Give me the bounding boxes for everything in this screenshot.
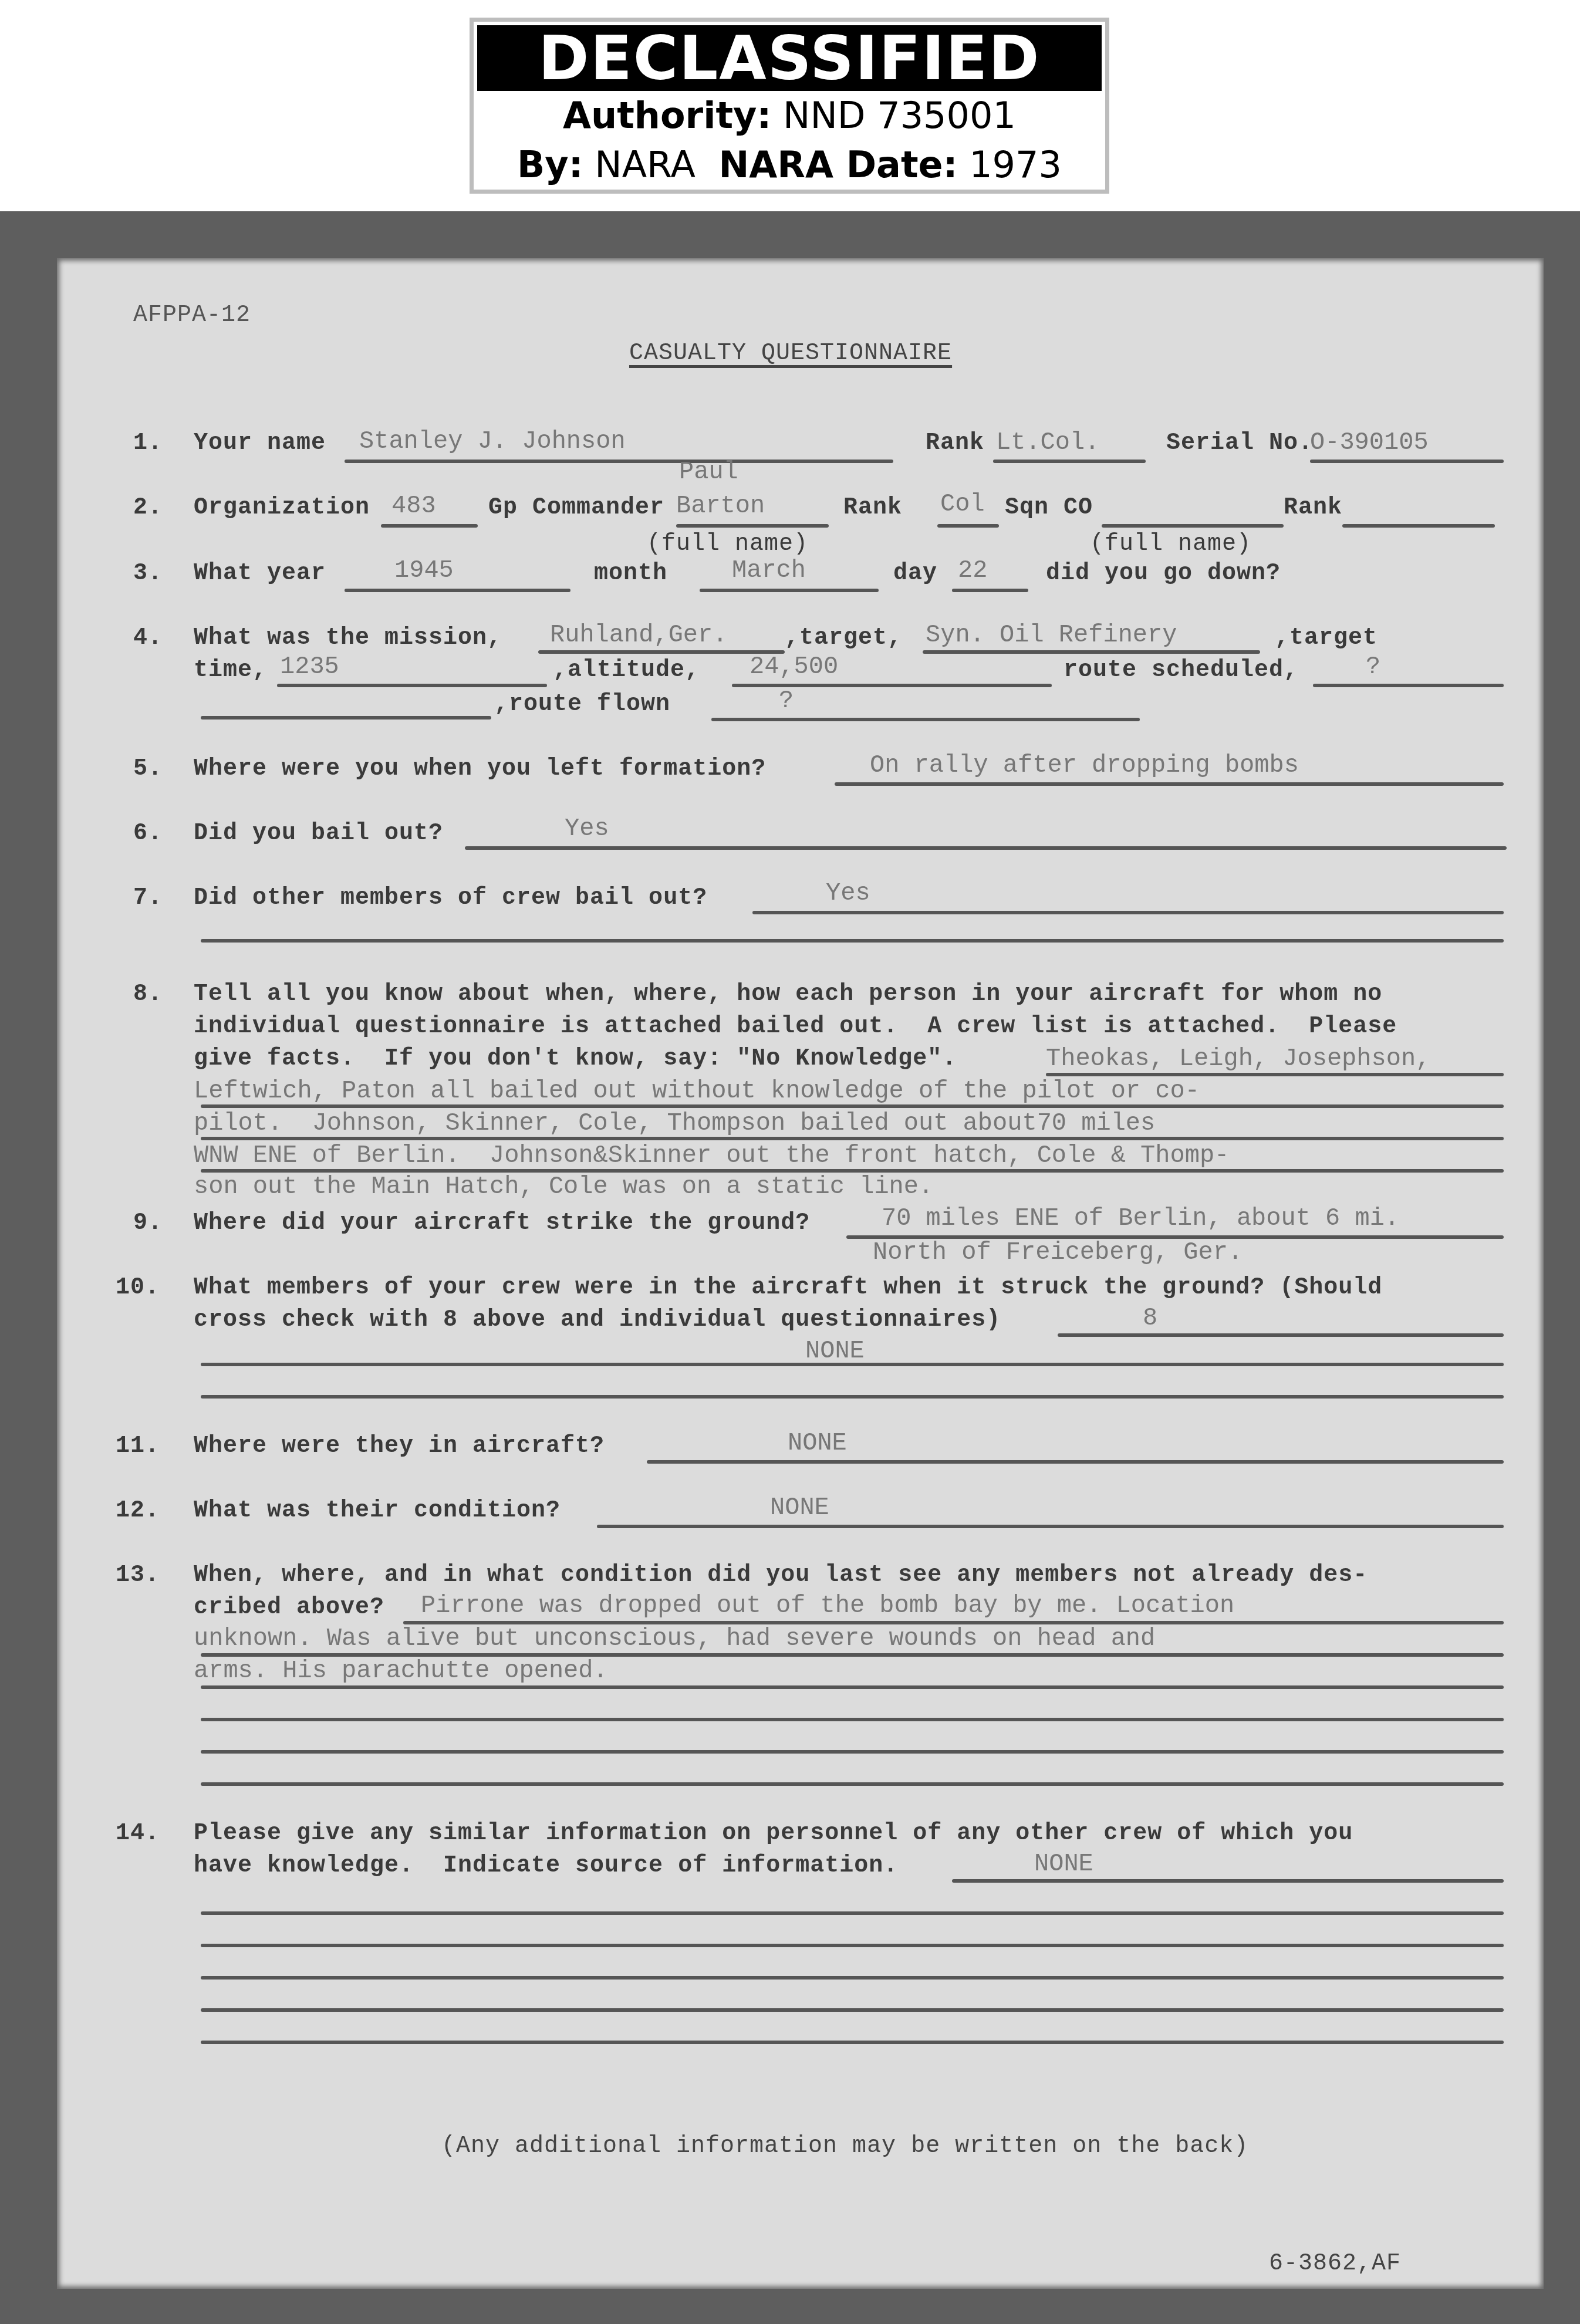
q1-serial-answer: O-390105 — [1310, 428, 1429, 457]
q13-line-4 — [201, 1718, 1504, 1721]
q2-gp-label: Gp Commander — [488, 495, 664, 521]
authority-value: NND 735001 — [783, 94, 1016, 137]
q14-line-4 — [201, 1976, 1504, 1980]
q9-answer-line-2: North of Freiceberg, Ger. — [873, 1238, 1243, 1266]
q7-line-2 — [201, 939, 1504, 943]
q4-mission-line — [538, 650, 785, 654]
q2-sqn-label: Sqn CO — [1005, 495, 1093, 521]
q2-rank-line — [937, 524, 999, 528]
q11-line — [647, 1460, 1504, 1464]
q4-route-sched-answer: ? — [1366, 653, 1380, 681]
q4-route-flown-line — [711, 718, 1140, 721]
q12-number: 12. — [116, 1498, 160, 1524]
q4-target-time-label: ,target — [1275, 625, 1378, 651]
q4-route-flown-answer: ? — [779, 687, 794, 715]
q4-altitude-answer: 24,500 — [750, 653, 838, 681]
q2-gp-hint: (full name) — [647, 531, 808, 558]
q8-label-line-2: individual questionnaire is attached bai… — [194, 1014, 1397, 1040]
q5-number: 5. — [133, 756, 163, 782]
q2-sqn-line[interactable] — [1102, 524, 1284, 528]
q4-target-label: ,target, — [785, 625, 902, 651]
q10-answer: NONE — [805, 1337, 865, 1365]
q4-mission-label: What was the mission, — [194, 625, 502, 651]
q11-answer: NONE — [788, 1429, 847, 1457]
q12-answer: NONE — [770, 1494, 829, 1522]
date-value: 1973 — [969, 143, 1062, 186]
q13-answer-line-3: arms. His parachutte opened. — [194, 1657, 608, 1685]
q8-label-line-1: Tell all you know about when, where, how… — [194, 981, 1382, 1008]
authority-label: Authority: — [563, 94, 771, 137]
q4-target-answer: Syn. Oil Refinery — [926, 621, 1177, 649]
q14-number: 14. — [116, 1820, 160, 1847]
q6-answer: Yes — [565, 815, 609, 843]
q3-number: 3. — [133, 560, 163, 587]
stamp-by-date: By: NARA NARA Date: 1973 — [474, 140, 1105, 190]
q4-time-label: time, — [194, 657, 267, 684]
q1-serial-line — [1310, 460, 1504, 463]
q10-line-1 — [1058, 1333, 1504, 1337]
questionnaire-page: AFPPA-12 CASUALTY QUESTIONNAIRE 1. Your … — [57, 258, 1544, 2289]
q14-label-line-1: Please give any similar information on p… — [194, 1820, 1353, 1847]
q5-answer: On rally after dropping bombs — [870, 751, 1299, 779]
q5-line — [835, 782, 1504, 786]
q4-altitude-label: ,altitude, — [553, 657, 700, 684]
form-title: CASUALTY QUESTIONNAIRE — [629, 340, 952, 367]
q2-rank2-line[interactable] — [1342, 524, 1495, 528]
q10-label-line-1: What members of your crew were in the ai… — [194, 1275, 1382, 1301]
q10-line-3 — [201, 1395, 1504, 1399]
q4-time-answer: 1235 — [280, 653, 339, 681]
q14-answer: NONE — [1034, 1850, 1093, 1878]
q2-rank-label: Rank — [843, 495, 902, 521]
q4-mission-answer: Ruhland,Ger. — [550, 621, 727, 649]
q6-line — [465, 846, 1507, 850]
q13-number: 13. — [116, 1562, 160, 1589]
form-code: AFPPA-12 — [133, 302, 251, 329]
stamp-authority: Authority: NND 735001 — [474, 91, 1105, 140]
q1-rank-answer: Lt.Col. — [996, 428, 1099, 457]
q8-answer-line-1: Theokas, Leigh, Josephson, — [1046, 1045, 1430, 1073]
q13-answer-line-2: unknown. Was alive but unconscious, had … — [194, 1624, 1155, 1653]
q13-label-line-1: When, where, and in what condition did y… — [194, 1562, 1368, 1589]
q1-serial-label: Serial No. — [1166, 430, 1313, 457]
q2-rank2-label: Rank — [1284, 495, 1342, 521]
q3-day-label: day — [893, 560, 937, 587]
q14-line-6 — [201, 2041, 1504, 2044]
q4-number: 4. — [133, 625, 163, 651]
q12-line — [597, 1525, 1504, 1528]
q2-rank-answer: Col — [940, 490, 985, 518]
q8-line-3 — [201, 1137, 1504, 1140]
q3-year-label: What year — [194, 560, 326, 587]
q8-line-1 — [1046, 1073, 1504, 1076]
footer-note: (Any additional information may be writt… — [441, 2133, 1248, 2160]
q12-label: What was their condition? — [194, 1498, 561, 1524]
q10-label-line-2: cross check with 8 above and individual … — [194, 1307, 1001, 1333]
q6-number: 6. — [133, 820, 163, 847]
stamp-title: DECLASSIFIED — [477, 25, 1102, 91]
q3-tail-label: did you go down? — [1046, 560, 1281, 587]
q4-time-line — [277, 684, 547, 687]
q14-line-2 — [201, 1911, 1504, 1915]
q9-label: Where did your aircraft strike the groun… — [194, 1210, 810, 1237]
q2-org-line — [381, 524, 478, 528]
q8-line-2 — [201, 1104, 1504, 1108]
q1-rank-line — [993, 460, 1146, 463]
form-number: 6-3862,AF — [1269, 2251, 1401, 2277]
q2-gp-line — [676, 524, 829, 528]
q14-line-5 — [201, 2008, 1504, 2012]
q7-number: 7. — [133, 885, 163, 911]
q4-route-sched-line — [1313, 684, 1504, 687]
q1-name-line — [345, 460, 893, 463]
q5-label: Where were you when you left formation? — [194, 756, 766, 782]
q1-name-label: Your name — [194, 430, 326, 457]
q1-name-above: Paul — [679, 458, 738, 486]
q3-day-answer: 22 — [958, 556, 987, 585]
q8-answer-line-2: Leftwich, Paton all bailed out without k… — [194, 1077, 1200, 1105]
declassified-stamp: DECLASSIFIED Authority: NND 735001 By: N… — [470, 18, 1109, 194]
q4-route-sched-line-2 — [201, 716, 491, 720]
q8-answer-line-4: WNW ENE of Berlin. Johnson&Skinner out t… — [194, 1141, 1229, 1170]
q3-day-line — [952, 589, 1028, 592]
q1-rank-label: Rank — [926, 430, 984, 457]
q13-label-line-2: cribed above? — [194, 1595, 384, 1621]
q9-answer-line-1: 70 miles ENE of Berlin, about 6 mi. — [882, 1204, 1399, 1232]
q2-number: 2. — [133, 495, 163, 521]
q10-number: 10. — [116, 1275, 160, 1301]
q4-route-flown-label: ,route flown — [494, 691, 670, 718]
q2-org-label: Organization — [194, 495, 370, 521]
q3-month-label: month — [594, 560, 667, 587]
q3-month-answer: March — [732, 556, 806, 585]
q6-label: Did you bail out? — [194, 820, 443, 847]
q13-line-5 — [201, 1750, 1504, 1754]
q9-number: 9. — [133, 1210, 163, 1237]
date-label: NARA Date: — [718, 143, 957, 186]
q10-line-2 — [201, 1363, 1504, 1366]
by-value: NARA — [595, 143, 696, 186]
q14-line-3 — [201, 1944, 1504, 1947]
q3-year-answer: 1945 — [394, 556, 454, 585]
by-label: By: — [517, 143, 583, 186]
q14-line-1 — [952, 1879, 1504, 1883]
q13-line-6 — [201, 1782, 1504, 1786]
q7-answer: Yes — [826, 879, 870, 907]
q8-number: 8. — [133, 981, 163, 1008]
q10-answer-inline: 8 — [1143, 1304, 1157, 1332]
q4-route-sched-label: route scheduled, — [1064, 657, 1298, 684]
q13-line-3 — [201, 1685, 1504, 1689]
q3-year-line — [345, 589, 570, 592]
q13-answer-line-1: Pirrone was dropped out of the bomb bay … — [421, 1592, 1234, 1620]
q7-line — [752, 911, 1504, 914]
q11-label: Where were they in aircraft? — [194, 1433, 605, 1460]
q3-month-line — [700, 589, 879, 592]
q4-target-line — [923, 650, 1260, 654]
q8-label-line-3: give facts. If you don't know, say: "No … — [194, 1046, 957, 1072]
q2-org-answer: 483 — [391, 492, 436, 520]
q14-label-line-2: have knowledge. Indicate source of infor… — [194, 1853, 898, 1879]
q1-number: 1. — [133, 430, 163, 457]
q8-answer-line-5: son out the Main Hatch, Cole was on a st… — [194, 1173, 933, 1201]
q2-sqn-hint: (full name) — [1090, 531, 1251, 558]
q7-label: Did other members of crew bail out? — [194, 885, 707, 911]
q8-answer-line-3: pilot. Johnson, Skinner, Cole, Thompson … — [194, 1109, 1155, 1137]
q11-number: 11. — [116, 1433, 160, 1460]
q1-name-answer: Stanley J. Johnson — [359, 427, 626, 455]
q2-gp-answer: Barton — [676, 492, 765, 520]
